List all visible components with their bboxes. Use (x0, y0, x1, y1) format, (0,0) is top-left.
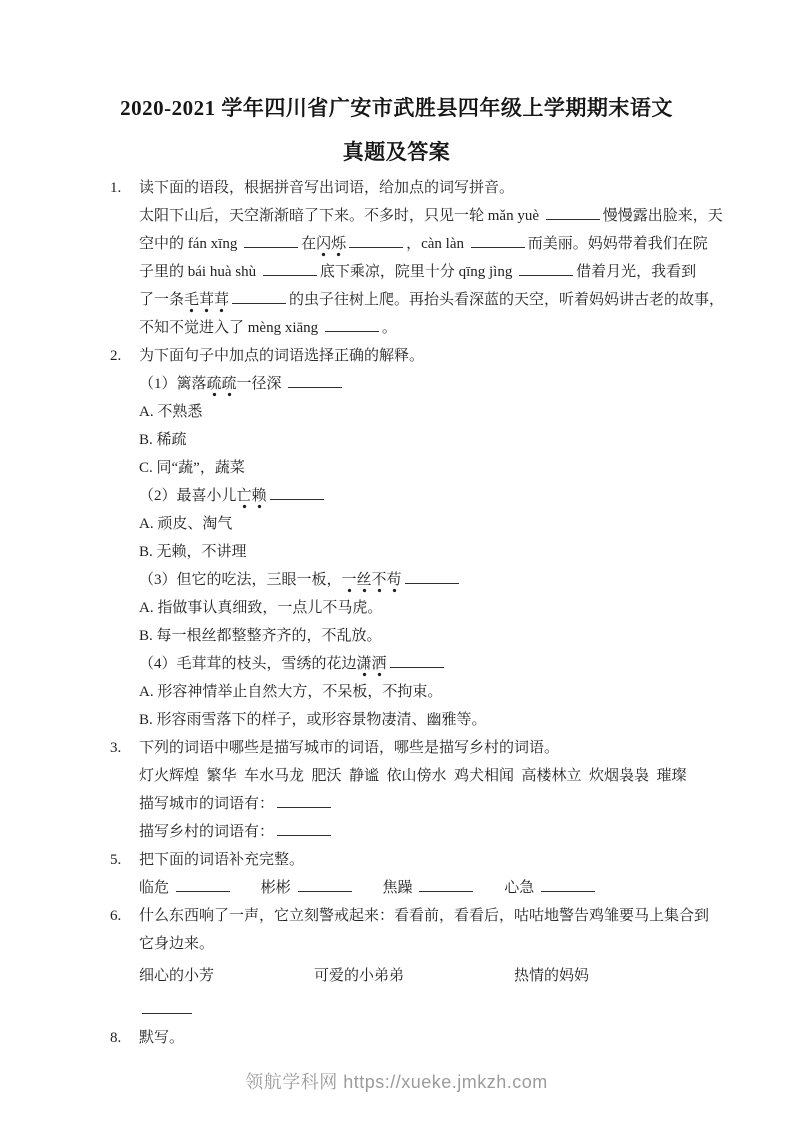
answer-blank (405, 570, 459, 584)
spacer (404, 979, 514, 980)
text-run: A. 顽皮、淘气 (139, 516, 232, 532)
answer-blank (390, 654, 444, 668)
q2-stem: 2.为下面句子中加点的词语选择正确的解释。 (0, 342, 793, 370)
watermark-footer: 领航学科网 https://xueke.jmkzh.com (0, 1068, 793, 1096)
answer-blank (176, 878, 230, 892)
text-run: 空中的 fán xīng (139, 236, 241, 252)
answer-blank (142, 1000, 192, 1014)
text-run: B. 每一根丝都整整齐齐的，不乱放。 (139, 628, 382, 644)
answer-blank (349, 234, 403, 248)
q3-city-line: 描写城市的词语有： (0, 790, 793, 818)
q6-answer-blank-line (0, 996, 793, 1024)
answer-blank (244, 234, 298, 248)
emphasized-text: 亡赖 (237, 488, 267, 509)
q5-blanks-row: 临危 彬彬 焦躁 心急 (0, 874, 793, 902)
text-run: 描写城市的词语有： (139, 796, 274, 812)
answer-blank (277, 794, 331, 808)
question-number: 8. (110, 1024, 139, 1052)
text-run: 什么东西响了一声，它立刻警戒起来：看看前，看看后，咕咕地警告鸡雏要马上集合到 (139, 908, 709, 924)
q1-passage-line-1: 太阳下山后，天空渐渐暗了下来。不多时，只见一轮 mǎn yuè 慢慢露出脸来，天 (0, 202, 793, 230)
q2-sub4-option-b: B. 形容雨雪落下的样子，或形容景物凄清、幽雅等。 (0, 706, 793, 734)
answer-blank (277, 822, 331, 836)
q3-stem: 3.下列的词语中哪些是描写城市的词语，哪些是描写乡村的词语。 (0, 734, 793, 762)
q1-passage-line-5: 不知不觉进入了 mèng xiāng 。 (0, 314, 793, 342)
spacer (233, 891, 261, 892)
text-run: 可爱的小弟弟 (314, 968, 404, 984)
document-title: 2020-2021 学年四川省广安市武胜县四年级上学期期末语文 真题及答案 (0, 0, 793, 174)
emphasized-text: 毛茸茸 (184, 292, 229, 313)
answer-blank (325, 318, 379, 332)
spacer (355, 891, 383, 892)
text-run: （3）但它的吃法，三眼一板， (139, 572, 342, 588)
text-run: 心急 (504, 880, 538, 896)
emphasized-text: 闪烁 (316, 236, 346, 257)
text-run: 底下乘凉，院里十分 qīng jìng (320, 264, 516, 280)
question-number: 6. (110, 902, 139, 930)
emphasized-text: 一丝不苟 (342, 572, 402, 593)
emphasized-text: 疏疏 (207, 376, 237, 397)
text-run: B. 稀疏 (139, 432, 187, 448)
text-run: 为下面句子中加点的词语选择正确的解释。 (139, 348, 424, 364)
question-number: 1. (110, 174, 139, 202)
text-run: 了一条 (139, 292, 184, 308)
text-run: 把下面的词语补充完整。 (139, 852, 304, 868)
text-run: 灯火辉煌 繁华 车水马龙 肥沃 静谧 依山傍水 鸡犬相闻 高楼林立 炊烟袅袅 璀… (139, 768, 687, 784)
q2-sub1-option-a: A. 不熟悉 (0, 398, 793, 426)
text-run: B. 无赖，不讲理 (139, 544, 247, 560)
text-run: 临危 (139, 880, 173, 896)
text-run: 借着月光，我看到 (576, 264, 696, 280)
text-run: 下列的词语中哪些是描写城市的词语，哪些是描写乡村的词语。 (139, 740, 559, 756)
page-title-line-1: 2020-2021 学年四川省广安市武胜县四年级上学期期末语文 (0, 86, 793, 130)
answer-blank (298, 878, 352, 892)
question-number: 3. (110, 734, 139, 762)
spacer (476, 891, 504, 892)
emphasized-text: 潇洒 (357, 656, 387, 677)
text-run: 太阳下山后，天空渐渐暗了下来。不多时，只见一轮 mǎn yuè (139, 208, 543, 224)
text-run: B. 形容雨雪落下的样子，或形容景物凄清、幽雅等。 (139, 712, 487, 728)
q5-stem: 5.把下面的词语补充完整。 (0, 846, 793, 874)
q2-sub3: （3）但它的吃法，三眼一板，一丝不苟 (0, 566, 793, 594)
page-title-line-2: 真题及答案 (0, 130, 793, 174)
text-run: （1）篱落 (139, 376, 207, 392)
answer-blank (419, 878, 473, 892)
text-run: （4）毛茸茸的枝头，雪绣的花边 (139, 656, 357, 672)
q2-sub2-option-a: A. 顽皮、淘气 (0, 510, 793, 538)
question-number: 2. (110, 342, 139, 370)
answer-blank (232, 290, 286, 304)
text-run: 彬彬 (261, 880, 295, 896)
q1-stem: 1.读下面的语段，根据拼音写出词语，给加点的词写拼音。 (0, 174, 793, 202)
text-run: 默写。 (139, 1030, 184, 1046)
answer-blank (270, 486, 324, 500)
text-run: 它身边来。 (139, 936, 214, 952)
answer-blank (288, 374, 342, 388)
text-run: A. 形容神情举止自然大方，不呆板，不拘束。 (139, 684, 442, 700)
text-run: ，càn làn (406, 236, 468, 252)
text-run: C. 同“蔬”，蔬菜 (139, 460, 245, 476)
answer-blank (471, 234, 525, 248)
q6-options-row: 细心的小芳可爱的小弟弟热情的妈妈 (0, 962, 793, 990)
document-lines: 1.读下面的语段，根据拼音写出词语，给加点的词写拼音。太阳下山后，天空渐渐暗了下… (0, 174, 793, 1052)
q2-sub1-option-c: C. 同“蔬”，蔬菜 (0, 454, 793, 482)
question-number: 5. (110, 846, 139, 874)
q2-sub3-option-a: A. 指做事认真细致，一点儿不马虎。 (0, 594, 793, 622)
q6-stem-line-2: 它身边来。 (0, 930, 793, 958)
q1-passage-line-3: 子里的 bái huà shù 底下乘凉，院里十分 qīng jìng 借着月光… (0, 258, 793, 286)
q3-village-line: 描写乡村的词语有： (0, 818, 793, 846)
text-run: 热情的妈妈 (514, 968, 589, 984)
text-run: 而美丽。妈妈带着我们在院 (528, 236, 708, 252)
text-run: 细心的小芳 (139, 968, 214, 984)
text-run: A. 不熟悉 (139, 404, 202, 420)
q1-passage-line-4: 了一条毛茸茸的虫子往树上爬。再抬头看深蓝的天空，听着妈妈讲古老的故事， (0, 286, 793, 314)
text-run: 的虫子往树上爬。再抬头看深蓝的天空，听着妈妈讲古老的故事， (289, 292, 724, 308)
text-run: 描写乡村的词语有： (139, 824, 274, 840)
q2-sub3-option-b: B. 每一根丝都整整齐齐的，不乱放。 (0, 622, 793, 650)
q6-stem-line-1: 6.什么东西响了一声，它立刻警戒起来：看看前，看看后，咕咕地警告鸡雏要马上集合到 (0, 902, 793, 930)
q2-sub1-option-b: B. 稀疏 (0, 426, 793, 454)
text-run: 一径深 (237, 376, 286, 392)
text-run: A. 指做事认真细致，一点儿不马虎。 (139, 600, 382, 616)
text-run: 。 (382, 320, 397, 336)
answer-blank (519, 262, 573, 276)
exam-page: 2020-2021 学年四川省广安市武胜县四年级上学期期末语文 真题及答案 1.… (0, 0, 793, 1122)
answer-blank (263, 262, 317, 276)
text-run: 慢慢露出脸来，天 (603, 208, 723, 224)
text-run: （2）最喜小儿 (139, 488, 237, 504)
q3-word-list: 灯火辉煌 繁华 车水马龙 肥沃 静谧 依山傍水 鸡犬相闻 高楼林立 炊烟袅袅 璀… (0, 762, 793, 790)
q2-sub4-option-a: A. 形容神情举止自然大方，不呆板，不拘束。 (0, 678, 793, 706)
spacer (214, 979, 314, 980)
text-run: 读下面的语段，根据拼音写出词语，给加点的词写拼音。 (139, 180, 514, 196)
text-run: 在 (301, 236, 316, 252)
text-run: 焦躁 (383, 880, 417, 896)
q8-stem: 8.默写。 (0, 1024, 793, 1052)
answer-blank (546, 206, 600, 220)
text-run: 不知不觉进入了 mèng xiāng (139, 320, 322, 336)
text-run: 子里的 bái huà shù (139, 264, 260, 280)
q1-passage-line-2: 空中的 fán xīng 在闪烁，càn làn 而美丽。妈妈带着我们在院 (0, 230, 793, 258)
answer-blank (541, 878, 595, 892)
q2-sub4: （4）毛茸茸的枝头，雪绣的花边潇洒 (0, 650, 793, 678)
q2-sub1: （1）篱落疏疏一径深 (0, 370, 793, 398)
q2-sub2-option-b: B. 无赖，不讲理 (0, 538, 793, 566)
q2-sub2: （2）最喜小儿亡赖 (0, 482, 793, 510)
